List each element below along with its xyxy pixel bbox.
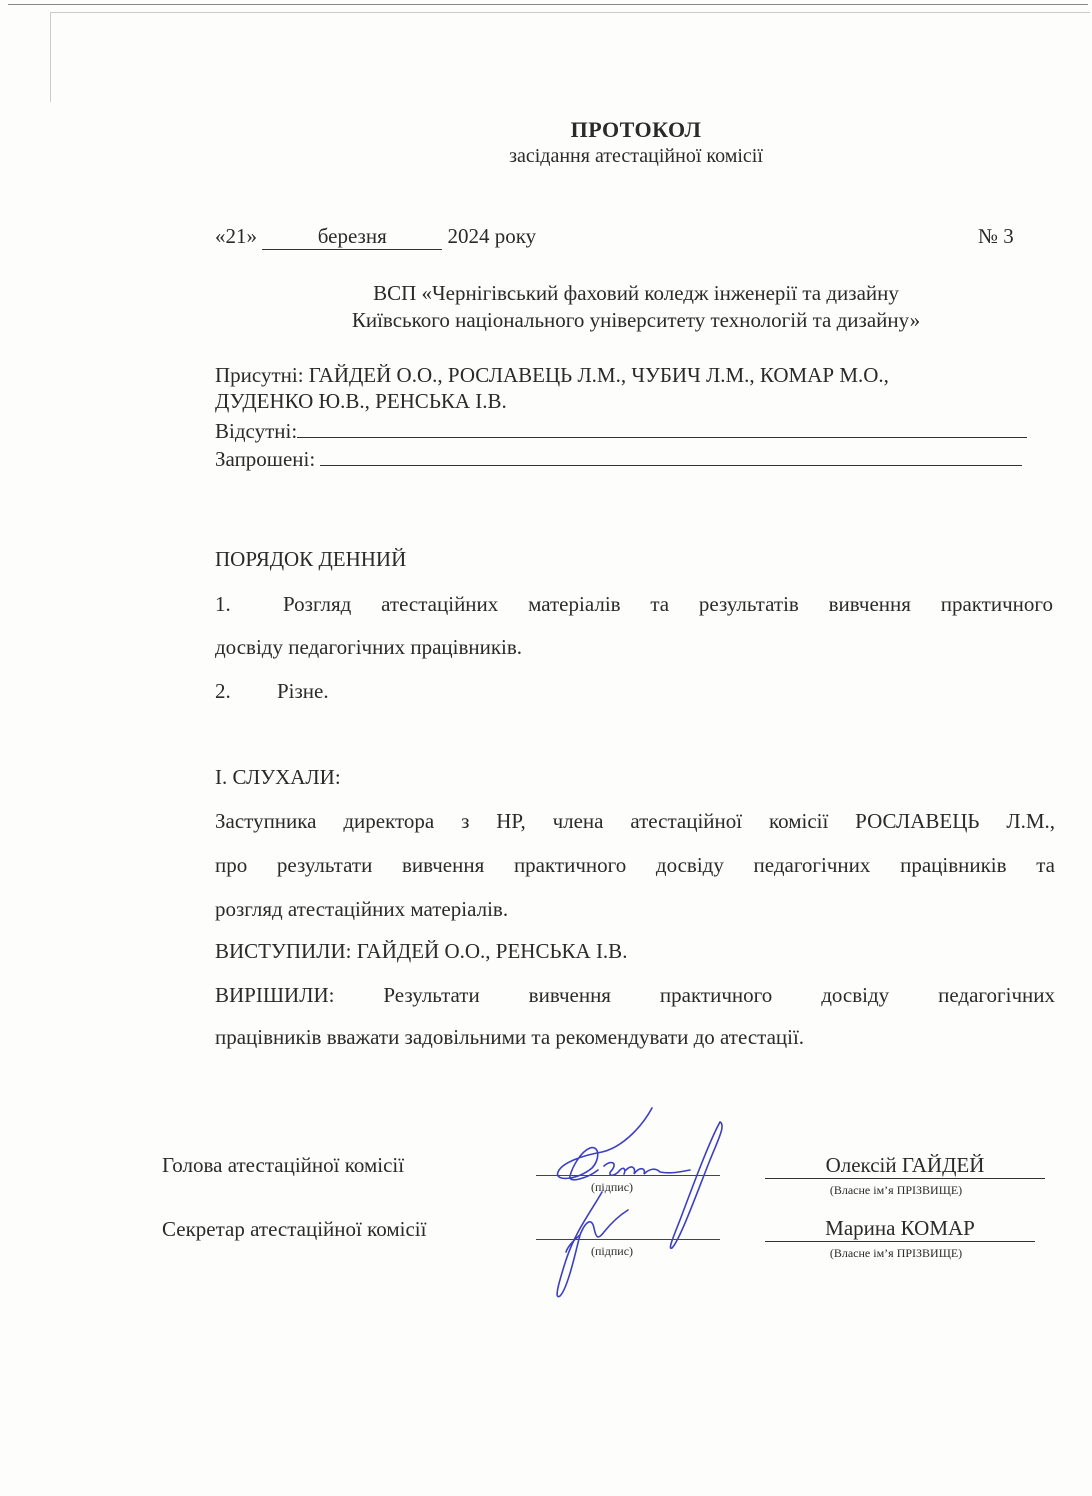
scan-edge-top [8, 4, 1088, 5]
decided-line-1: ВИРІШИЛИ: Результати вивчення практичног… [215, 982, 1055, 1008]
present-line-1: Присутні: ГАЙДЕЙ О.О., РОСЛАВЕЦЬ Л.М., Ч… [215, 362, 1055, 388]
chair-name: Олексій ГАЙДЕЙ [765, 1153, 1045, 1179]
agenda-item-2: 2.Різне. [215, 678, 1055, 704]
meeting-date: «21» березня 2024 року [215, 224, 536, 250]
invited-fill-line [320, 447, 1022, 466]
heard-line-2: про результати вивчення практичного досв… [215, 852, 1055, 878]
organization-line-2: Київського національного університету те… [0, 308, 1092, 333]
chair-role: Голова атестаційної комісії [162, 1153, 404, 1178]
agenda-item-1: 1.Розгляд атестаційних матеріалів та рез… [215, 591, 1055, 617]
document-subtitle: засідання атестаційної комісії [0, 145, 1092, 168]
spoke-line: ВИСТУПИЛИ: ГАЙДЕЙ О.О., РЕНСЬКА І.В. [215, 938, 1055, 964]
handwritten-signatures-icon [540, 1100, 740, 1310]
heard-line-3: розгляд атестаційних матеріалів. [215, 896, 1055, 922]
secretary-name-caption: (Власне ім’я ПРІЗВИЩЕ) [765, 1246, 1027, 1261]
scan-edge-inner [50, 12, 1090, 13]
section-heard-heading: І. СЛУХАЛИ: [215, 764, 1055, 790]
scan-edge-left [50, 12, 51, 102]
chair-name-caption: (Власне ім’я ПРІЗВИЩЕ) [765, 1183, 1027, 1198]
protocol-number: № 3 [978, 224, 1014, 249]
absent-label: Відсутні: [215, 419, 297, 443]
invited-label: Запрошені: [215, 447, 315, 471]
heard-line-1: Заступника директора з НР, члена атестац… [215, 808, 1055, 834]
present-names-2: ДУДЕНКО Ю.В., РЕНСЬКА І.В. [215, 388, 1055, 414]
agenda-heading: ПОРЯДОК ДЕННИЙ [215, 546, 1055, 572]
agenda-item-2-num: 2. [215, 678, 277, 704]
organization-line-1: ВСП «Чернігівський фаховий коледж інжене… [0, 281, 1092, 306]
date-day: «21» [215, 224, 257, 248]
date-month: березня [262, 224, 442, 250]
date-year: 2024 року [448, 224, 537, 248]
secretary-name: Марина КОМАР [765, 1216, 1035, 1242]
present-label: Присутні: [215, 363, 304, 387]
agenda-item-2-text: Різне. [277, 679, 329, 703]
agenda-item-1-text: Розгляд атестаційних матеріалів та резул… [283, 591, 1053, 617]
absent-line: Відсутні: [215, 418, 1055, 444]
decided-line-2: працівників вважати задовільними та реко… [215, 1024, 1055, 1050]
document-title: ПРОТОКОЛ [0, 117, 1092, 143]
absent-fill-line [297, 419, 1027, 438]
agenda-item-1-num: 1. [215, 591, 283, 617]
agenda-item-1-cont: досвіду педагогічних працівників. [215, 634, 1055, 660]
present-names-1: ГАЙДЕЙ О.О., РОСЛАВЕЦЬ Л.М., ЧУБИЧ Л.М.,… [309, 363, 889, 387]
invited-line: Запрошені: [215, 446, 1055, 472]
secretary-role: Секретар атестаційної комісії [162, 1217, 426, 1242]
